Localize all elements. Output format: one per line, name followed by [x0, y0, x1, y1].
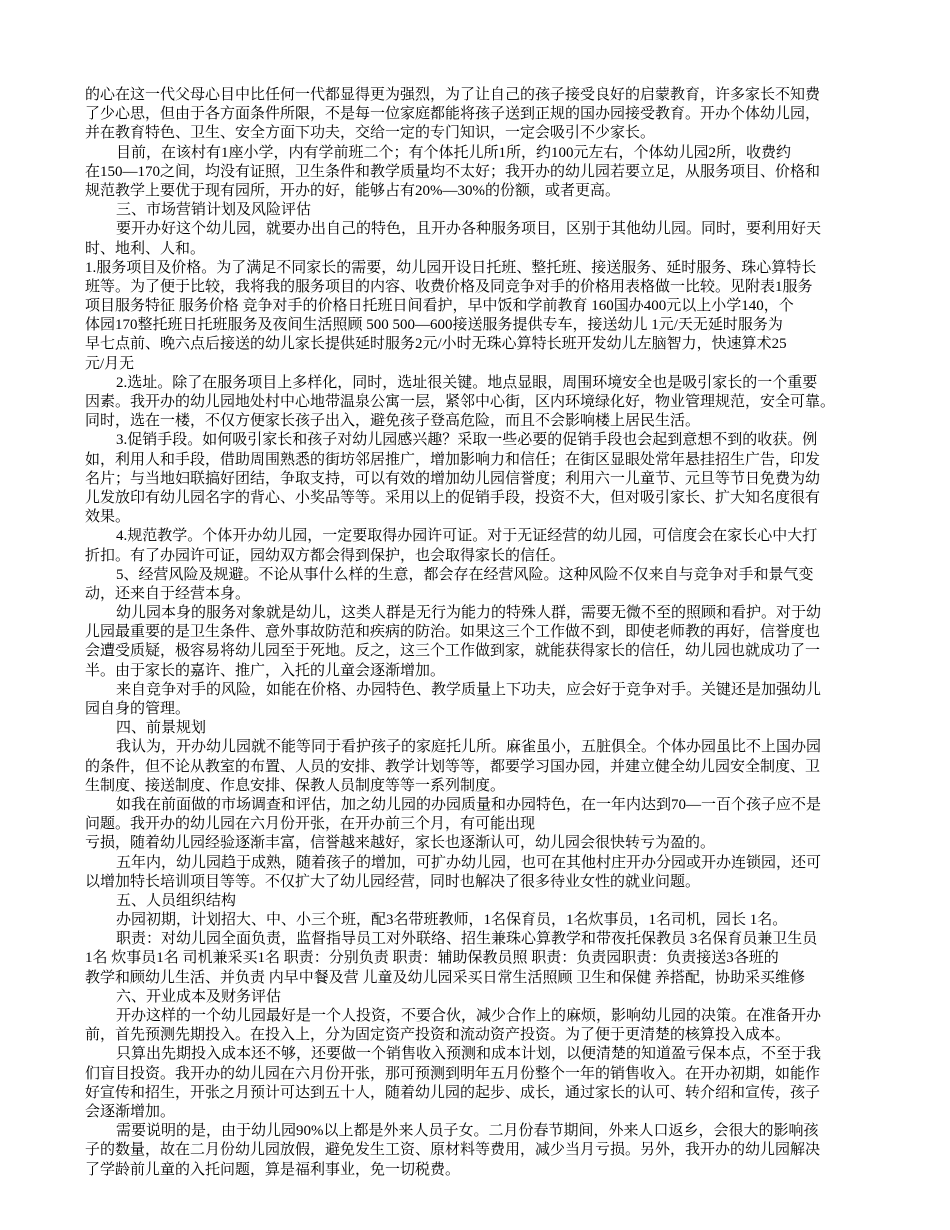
text-line: 规范教学上要优于现有园所，开办的好，能够占有20%—30%的份额，或者更高。 — [85, 182, 875, 201]
text-line: 只算出先期投入成本还不够，还要做一个销售收入预测和成本计划，以便清楚的知道盈亏保… — [85, 1045, 875, 1064]
text-line: 们盲目投资。我开办的幼儿园在六月份开张，那可预测到明年五月份整个一年的销售收入。… — [85, 1065, 875, 1084]
text-line: 会遭受质疑，极容易将幼儿园至于死地。反之，这三个工作做到家，就能获得家长的信任，… — [85, 642, 875, 661]
text-line: 子的数量，故在二月份幼儿园放假，避免发生工资、原材料等费用，减少当月亏损。另外，… — [85, 1141, 875, 1160]
text-line: 教学和顾幼儿生活、并负责 内早中餐及营 儿童及幼儿园采买日常生活照顾 卫生和保健… — [85, 969, 875, 988]
text-line: 需要说明的是，由于幼儿园90%以上都是外来人员子女。二月份春节期间，外来人口返乡… — [85, 1122, 875, 1141]
text-line: 班等。为了便于比较，我将我的服务项目的内容、收费价格及同竞争对手的价格用表格做一… — [85, 278, 875, 297]
text-line: 好宣传和招生，开张之月预计可达到五十人，随着幼儿园的起步、成长，通过家长的认可、… — [85, 1084, 875, 1103]
text-line: 五年内，幼儿园趋于成熟，随着孩子的增加，可扩办幼儿园，也可在其他村庄开办分园或开… — [85, 854, 875, 873]
text-line: 我认为，开办幼儿园就不能等同于看护孩子的家庭托儿所。麻雀虽小，五脏俱全。个体办园… — [85, 738, 875, 757]
text-line: 生制度、接送制度、作息安排、保教人员制度等等一系列制度。 — [85, 777, 875, 796]
text-line: 要开办好这个幼儿园，就要办出自己的特色，且开办各种服务项目，区别于其他幼儿园。同… — [85, 220, 875, 239]
text-line: 在150—170之间，均没有证照，卫生条件和教学质量均不太好；我开办的幼儿园若要… — [85, 163, 875, 182]
text-line: 会逐渐增加。 — [85, 1103, 875, 1122]
text-line: 问题。我开办的幼儿园在六月份开张，在开办前三个月，有可能出现 — [85, 815, 875, 834]
text-line: 折扣。有了办园许可证，园幼双方都会得到保护，也会取得家长的信任。 — [85, 547, 875, 566]
text-line: 半。由于家长的嘉许、推广，入托的儿童会逐渐增加。 — [85, 662, 875, 681]
text-line: 亏损，随着幼儿园经验逐渐丰富，信誉越来越好，家长也逐渐认可，幼儿园会很快转亏为盈… — [85, 834, 875, 853]
text-line: 效果。 — [85, 508, 875, 527]
text-line: 五、人员组织结构 — [85, 892, 875, 911]
text-line: 前，首先预测先期投入。在投入上，分为固定资产投资和流动资产投资。为了便于更清楚的… — [85, 1026, 875, 1045]
text-line: 名片；与当地妇联搞好团结，争取支持，可以有效的增加幼儿园信誉度；利用六一儿童节、… — [85, 470, 875, 489]
text-line: 并在教育特色、卫生、安全方面下功夫，交给一定的专门知识，一定会吸引不少家长。 — [85, 124, 875, 143]
text-line: 时、地利、人和。 — [85, 240, 875, 259]
text-line: 如我在前面做的市场调查和评估，加之幼儿园的办园质量和办园特色，在一年内达到70—… — [85, 796, 875, 815]
document-body: 的心在这一代父母心目中比任何一代都显得更为强烈，为了让自己的孩子接受良好的启蒙教… — [85, 86, 875, 1180]
text-line: 早七点前、晚六点后接送的幼儿家长提供延时服务2元/小时无珠心算特长班开发幼儿左脑… — [85, 335, 875, 354]
text-line: 幼儿园本身的服务对象就是幼儿，这类人群是无行为能力的特殊人群，需要无微不至的照顾… — [85, 604, 875, 623]
text-line: 1.服务项目及价格。为了满足不同家长的需要，幼儿园开设日托班、整托班、接送服务、… — [85, 259, 875, 278]
text-line: 儿园最重要的是卫生条件、意外事故防范和疾病的防治。如果这三个工作做不到，即使老师… — [85, 623, 875, 642]
text-line: 以增加特长培训项目等等。不仅扩大了幼儿园经营，同时也解决了很多待业女性的就业问题… — [85, 873, 875, 892]
text-line: 体园170整托班日托班服务及夜间生活照顾 500 500—600接送服务提供专车… — [85, 316, 875, 335]
text-line: 4.规范教学。个体开办幼儿园，一定要取得办园许可证。对于无证经营的幼儿园，可信度… — [85, 527, 875, 546]
text-line: 来自竞争对手的风险，如能在价格、办园特色、教学质量上下功夫，应会好于竞争对手。关… — [85, 681, 875, 700]
text-line: 如，利用人和手段，借助周围熟悉的街坊邻居推广，增加影响力和信任；在街区显眼处常年… — [85, 451, 875, 470]
text-line: 了少心思，但由于各方面条件所限，不是每一位家庭都能将孩子送到正规的国办园接受教育… — [85, 105, 875, 124]
text-line: 因素。我开办的幼儿园地处村中心地带温泉公寓一层，紧邻中心街，区内环境绿化好，物业… — [85, 393, 875, 412]
text-line: 开办这样的一个幼儿园最好是一个人投资，不要合伙，减少合作上的麻烦，影响幼儿园的决… — [85, 1007, 875, 1026]
text-line: 元/月无 — [85, 355, 875, 374]
text-line: 四、前景规划 — [85, 719, 875, 738]
text-line: 项目服务特征 服务价格 竞争对手的价格日托班日间看护，早中饭和学前教育 160国… — [85, 297, 875, 316]
document-page: 的心在这一代父母心目中比任何一代都显得更为强烈，为了让自己的孩子接受良好的启蒙教… — [0, 0, 950, 1230]
text-line: 动，还来自于经营本身。 — [85, 585, 875, 604]
text-line: 园自身的管理。 — [85, 700, 875, 719]
text-line: 2.选址。除了在服务项目上多样化，同时，选址很关键。地点显眼，周围环境安全也是吸… — [85, 374, 875, 393]
text-line: 了学龄前儿童的入托问题，算是福利事业，免一切税费。 — [85, 1161, 875, 1180]
text-line: 目前，在该村有1座小学，内有学前班二个；有个体托儿所1所，约100元左右，个体幼… — [85, 144, 875, 163]
text-line: 六、开业成本及财务评估 — [85, 988, 875, 1007]
text-line: 3.促销手段。如何吸引家长和孩子对幼儿园感兴趣？采取一些必要的促销手段也会起到意… — [85, 431, 875, 450]
text-line: 办园初期，计划招大、中、小三个班，配3名带班教师，1名保育员，1名炊事员，1名司… — [85, 911, 875, 930]
text-line: 同时，选在一楼，不仅方便家长孩子出入，避免孩子登高危险，而且不会影响楼上居民生活… — [85, 412, 875, 431]
text-line: 职责：对幼儿园全面负责，监督指导员工对外联络、招生兼珠心算教学和带夜托保教员 3… — [85, 930, 875, 949]
text-line: 儿发放印有幼儿园名字的背心、小奖品等等。采用以上的促销手段，投资不大，但对吸引家… — [85, 489, 875, 508]
text-line: 1名 炊事员1名 司机兼采买1名 职责：分别负责 职责：辅助保教员照 职责：负责… — [85, 949, 875, 968]
text-line: 5、经营风险及规避。不论从事什么样的生意，都会存在经营风险。这种风险不仅来自与竞… — [85, 566, 875, 585]
text-line: 的条件，但不论从教室的布置、人员的安排、教学计划等等，都要学习国办园，并建立健全… — [85, 758, 875, 777]
text-line: 三、市场营销计划及风险评估 — [85, 201, 875, 220]
text-line: 的心在这一代父母心目中比任何一代都显得更为强烈，为了让自己的孩子接受良好的启蒙教… — [85, 86, 875, 105]
